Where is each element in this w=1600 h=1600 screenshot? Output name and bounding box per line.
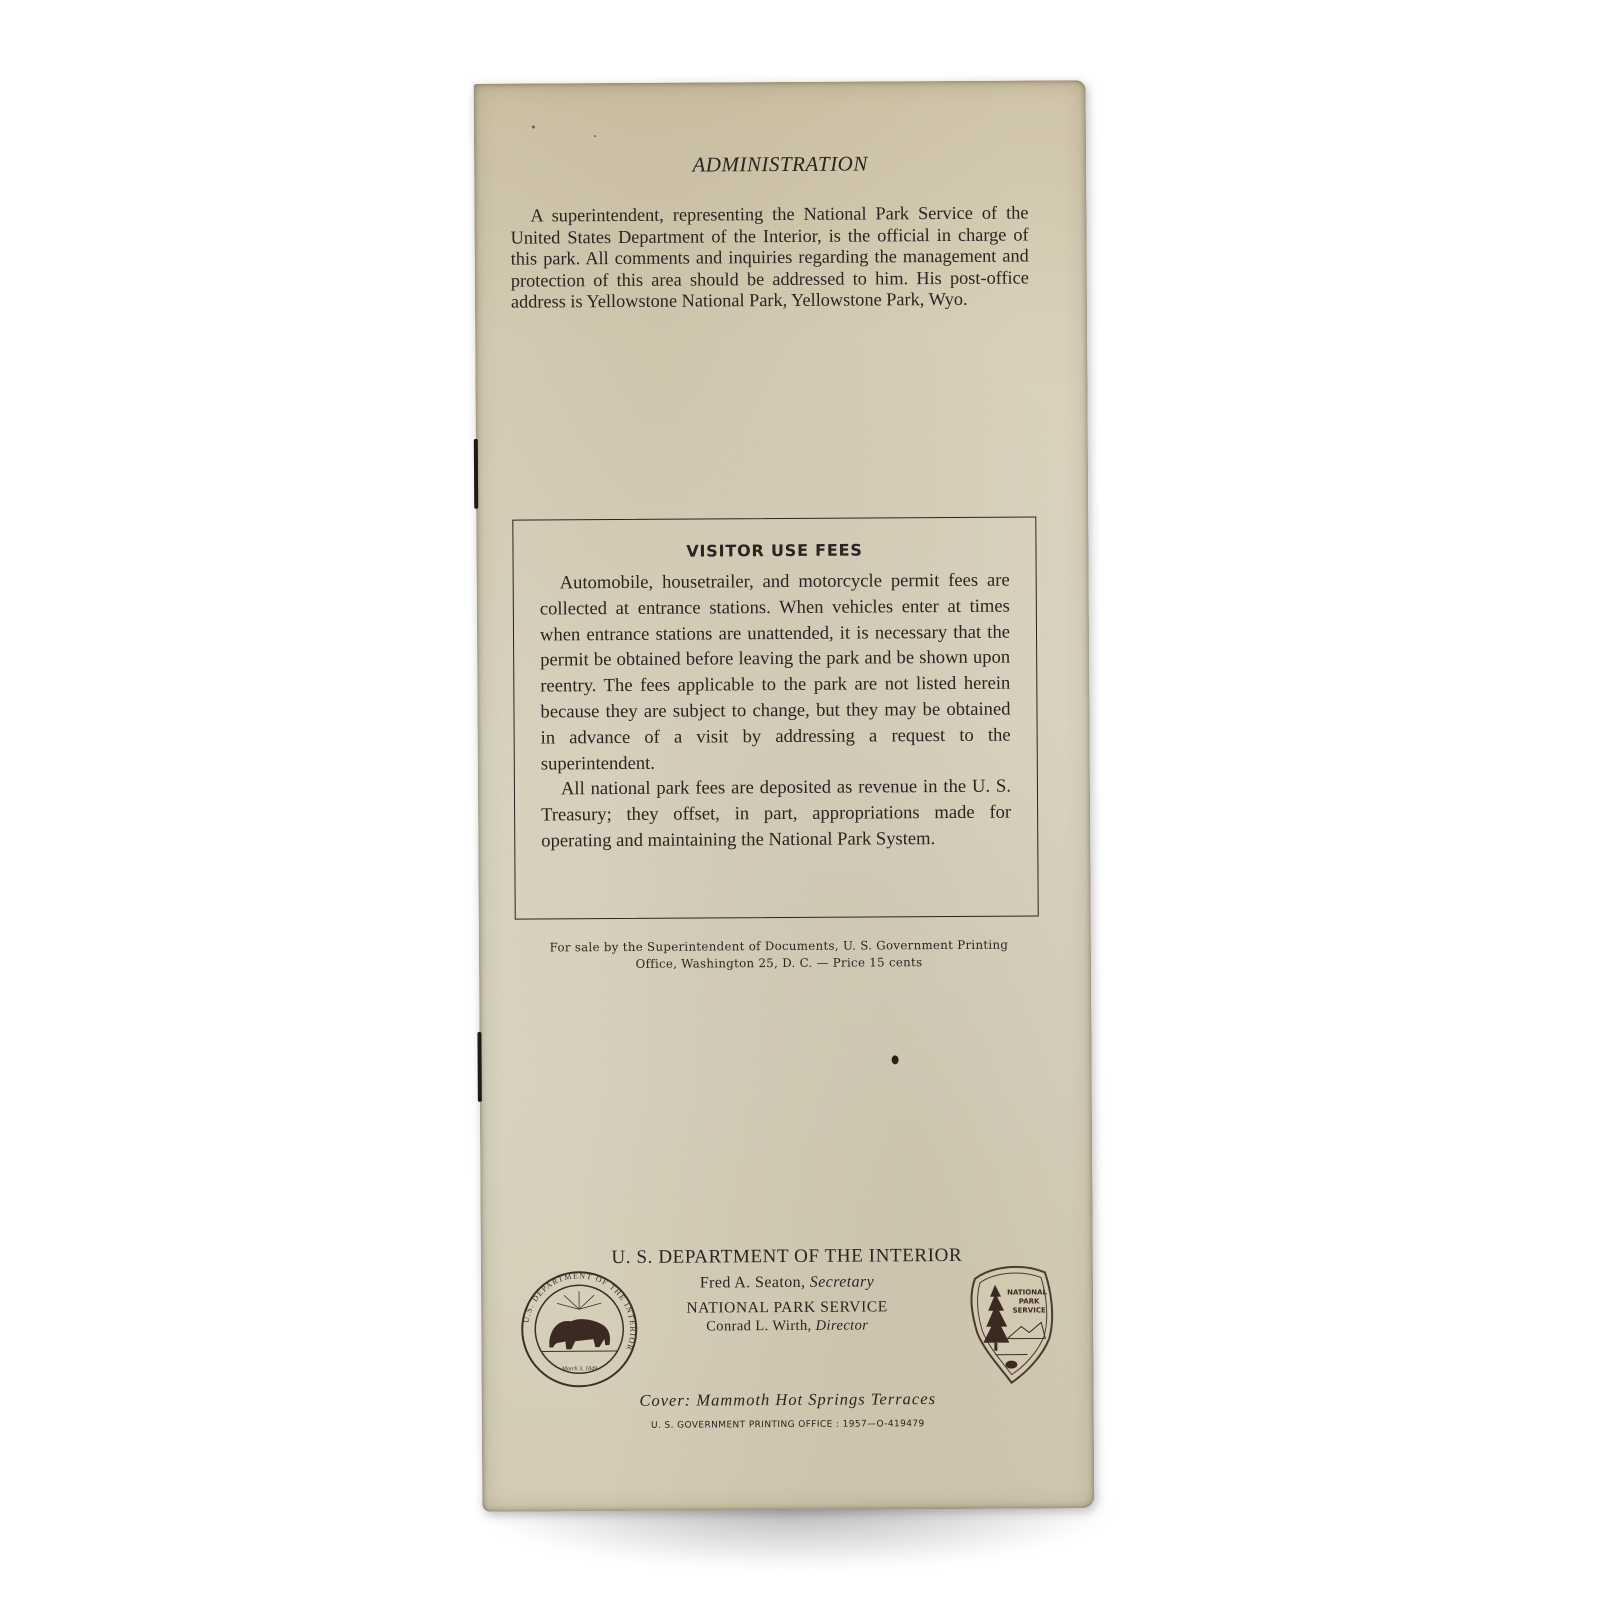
sale-note-line: For sale by the Superintendent of Docume… (519, 936, 1039, 956)
visitor-use-fees-heading: VISITOR USE FEES (513, 539, 1035, 561)
department-name: U. S. DEPARTMENT OF THE INTERIOR (481, 1244, 1093, 1270)
agency-name: NATIONAL PARK SERVICE (481, 1297, 1093, 1319)
ink-spot (594, 135, 596, 137)
staple-icon (477, 1032, 481, 1102)
pamphlet-back-cover: ADMINISTRATION A superintendent, represe… (474, 80, 1095, 1512)
printing-office-note: U. S. GOVERNMENT PRINTING OFFICE : 1957—… (482, 1418, 1094, 1432)
secretary-name: Fred A. Seaton, (700, 1274, 806, 1292)
fees-paragraph: All national park fees are deposited as … (541, 774, 1011, 854)
secretary-title: Secretary (810, 1273, 874, 1290)
cover-caption: Cover: Mammoth Hot Springs Terraces (482, 1388, 1094, 1412)
department-credits: U. S. DEPARTMENT OF THE INTERIOR Fred A.… (481, 1244, 1094, 1337)
visitor-use-fees-box: VISITOR USE FEES Automobile, housetraile… (512, 516, 1038, 919)
sale-note-line: Office, Washington 25, D. C. — Price 15 … (519, 953, 1039, 973)
ink-spot (892, 1055, 899, 1064)
staple-icon (474, 439, 478, 509)
secretary-line: Fred A. Seaton, Secretary (481, 1272, 1093, 1294)
director-title: Director (816, 1317, 869, 1333)
sale-note: For sale by the Superintendent of Docume… (519, 936, 1039, 973)
visitor-use-fees-body: Automobile, housetrailer, and motorcycle… (540, 568, 1012, 855)
svg-text:March 3, 1849: March 3, 1849 (561, 1365, 597, 1372)
fees-paragraph: Automobile, housetrailer, and motorcycle… (540, 568, 1011, 777)
ink-spot (532, 126, 535, 129)
administration-body: A superintendent, representing the Natio… (510, 202, 1029, 313)
director-name: Conrad L. Wirth, (706, 1318, 812, 1335)
administration-heading: ADMINISTRATION (474, 150, 1086, 179)
